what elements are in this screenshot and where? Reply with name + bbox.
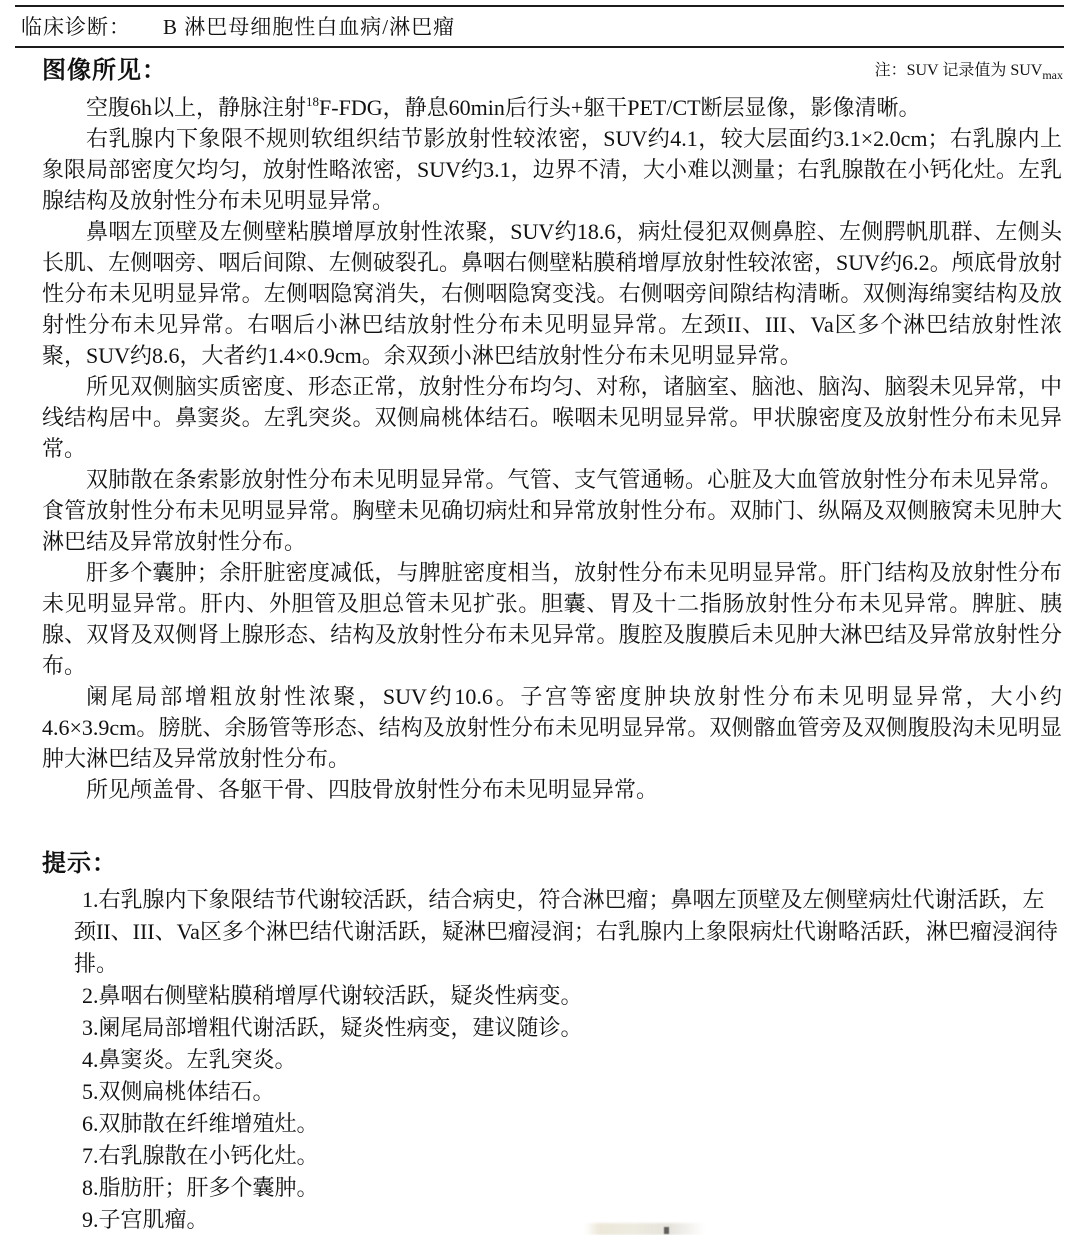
findings-paragraph-pelvis: 阑尾局部增粗放射性浓聚，SUV约10.6。子宫等密度肿块放射性分布未见明显异常，…: [42, 681, 1062, 774]
findings-paragraph-method: 空腹6h以上，静脉注射18F-FDG，静息60min后行头+躯干PET/CT断层…: [42, 92, 1062, 123]
findings-header: 图像所见： 注：SUV 记录值为 SUVmax: [42, 56, 1063, 86]
impression-item-1: 1.右乳腺内下象限结节代谢较活跃，结合病史，符合淋巴瘤；鼻咽左顶壁及左侧壁病灶代…: [74, 884, 1062, 980]
impression-item-3: 3.阑尾局部增粗代谢活跃，疑炎性病变，建议随诊。: [74, 1012, 1062, 1044]
impression-item-2: 2.鼻咽右侧壁粘膜稍增厚代谢较活跃，疑炎性病变。: [74, 980, 1062, 1012]
findings-paragraph-bone: 所见颅盖骨、各躯干骨、四肢骨放射性分布未见明显异常。: [42, 774, 1062, 805]
findings-paragraph-chest: 双肺散在条索影放射性分布未见明显异常。气管、支气管通畅。心脏及大血管放射性分布未…: [42, 464, 1062, 557]
findings-paragraph-abdomen: 肝多个囊肿；余肝脏密度减低，与脾脏密度相当，放射性分布未见明显异常。肝门结构及放…: [42, 557, 1062, 681]
impression-title: 提示：: [42, 849, 1079, 879]
clinical-diagnosis-section: 临床诊断：B 淋巴母细胞性白血病/淋巴瘤: [15, 5, 1064, 48]
method-text-prefix: 空腹6h以上，静脉注射: [86, 95, 306, 120]
impression-item-6: 6.双肺散在纤维增殖灶。: [74, 1108, 1062, 1140]
stamp-remnant: [585, 1223, 705, 1235]
findings-body: 空腹6h以上，静脉注射18F-FDG，静息60min后行头+躯干PET/CT断层…: [42, 92, 1062, 805]
suv-note-subscript: max: [1042, 68, 1063, 82]
impression-item-9: 9.子宫肌瘤。: [74, 1204, 1062, 1235]
findings-paragraph-brain: 所见双侧脑实质密度、形态正常，放射性分布均匀、对称，诸脑室、脑池、脑沟、脑裂未见…: [42, 371, 1062, 464]
findings-paragraph-breast: 右乳腺内下象限不规则软组织结节影放射性较浓密，SUV约4.1，较大层面约3.1×…: [42, 123, 1062, 216]
findings-title: 图像所见：: [42, 56, 167, 86]
clinical-diagnosis-label: 临床诊断：: [21, 15, 131, 39]
suv-note: 注：SUV 记录值为 SUVmax: [875, 56, 1063, 85]
findings-paragraph-nasopharynx: 鼻咽左顶壁及左侧壁粘膜增厚放射性浓聚，SUV约18.6，病灶侵犯双侧鼻腔、左侧腭…: [42, 216, 1062, 371]
impression-list: 1.右乳腺内下象限结节代谢较活跃，结合病史，符合淋巴瘤；鼻咽左顶壁及左侧壁病灶代…: [0, 884, 1062, 1235]
impression-item-8: 8.脂肪肝；肝多个囊肿。: [74, 1172, 1062, 1204]
suv-note-text: 注：SUV 记录值为 SUV: [875, 62, 1043, 79]
pet-ct-report-page: 临床诊断：B 淋巴母细胞性白血病/淋巴瘤 图像所见： 注：SUV 记录值为 SU…: [0, 0, 1079, 1235]
clinical-diagnosis-value: B 淋巴母细胞性白血病/淋巴瘤: [163, 15, 455, 39]
impression-item-4: 4.鼻窦炎。左乳突炎。: [74, 1044, 1062, 1076]
impression-item-7: 7.右乳腺散在小钙化灶。: [74, 1140, 1062, 1172]
stamp-remnant-speck: [664, 1227, 669, 1234]
isotope-superscript: 18: [306, 94, 319, 109]
method-text-suffix: F-FDG，静息60min后行头+躯干PET/CT断层显像，影像清晰。: [319, 95, 921, 120]
impression-item-5: 5.双侧扁桃体结石。: [74, 1076, 1062, 1108]
